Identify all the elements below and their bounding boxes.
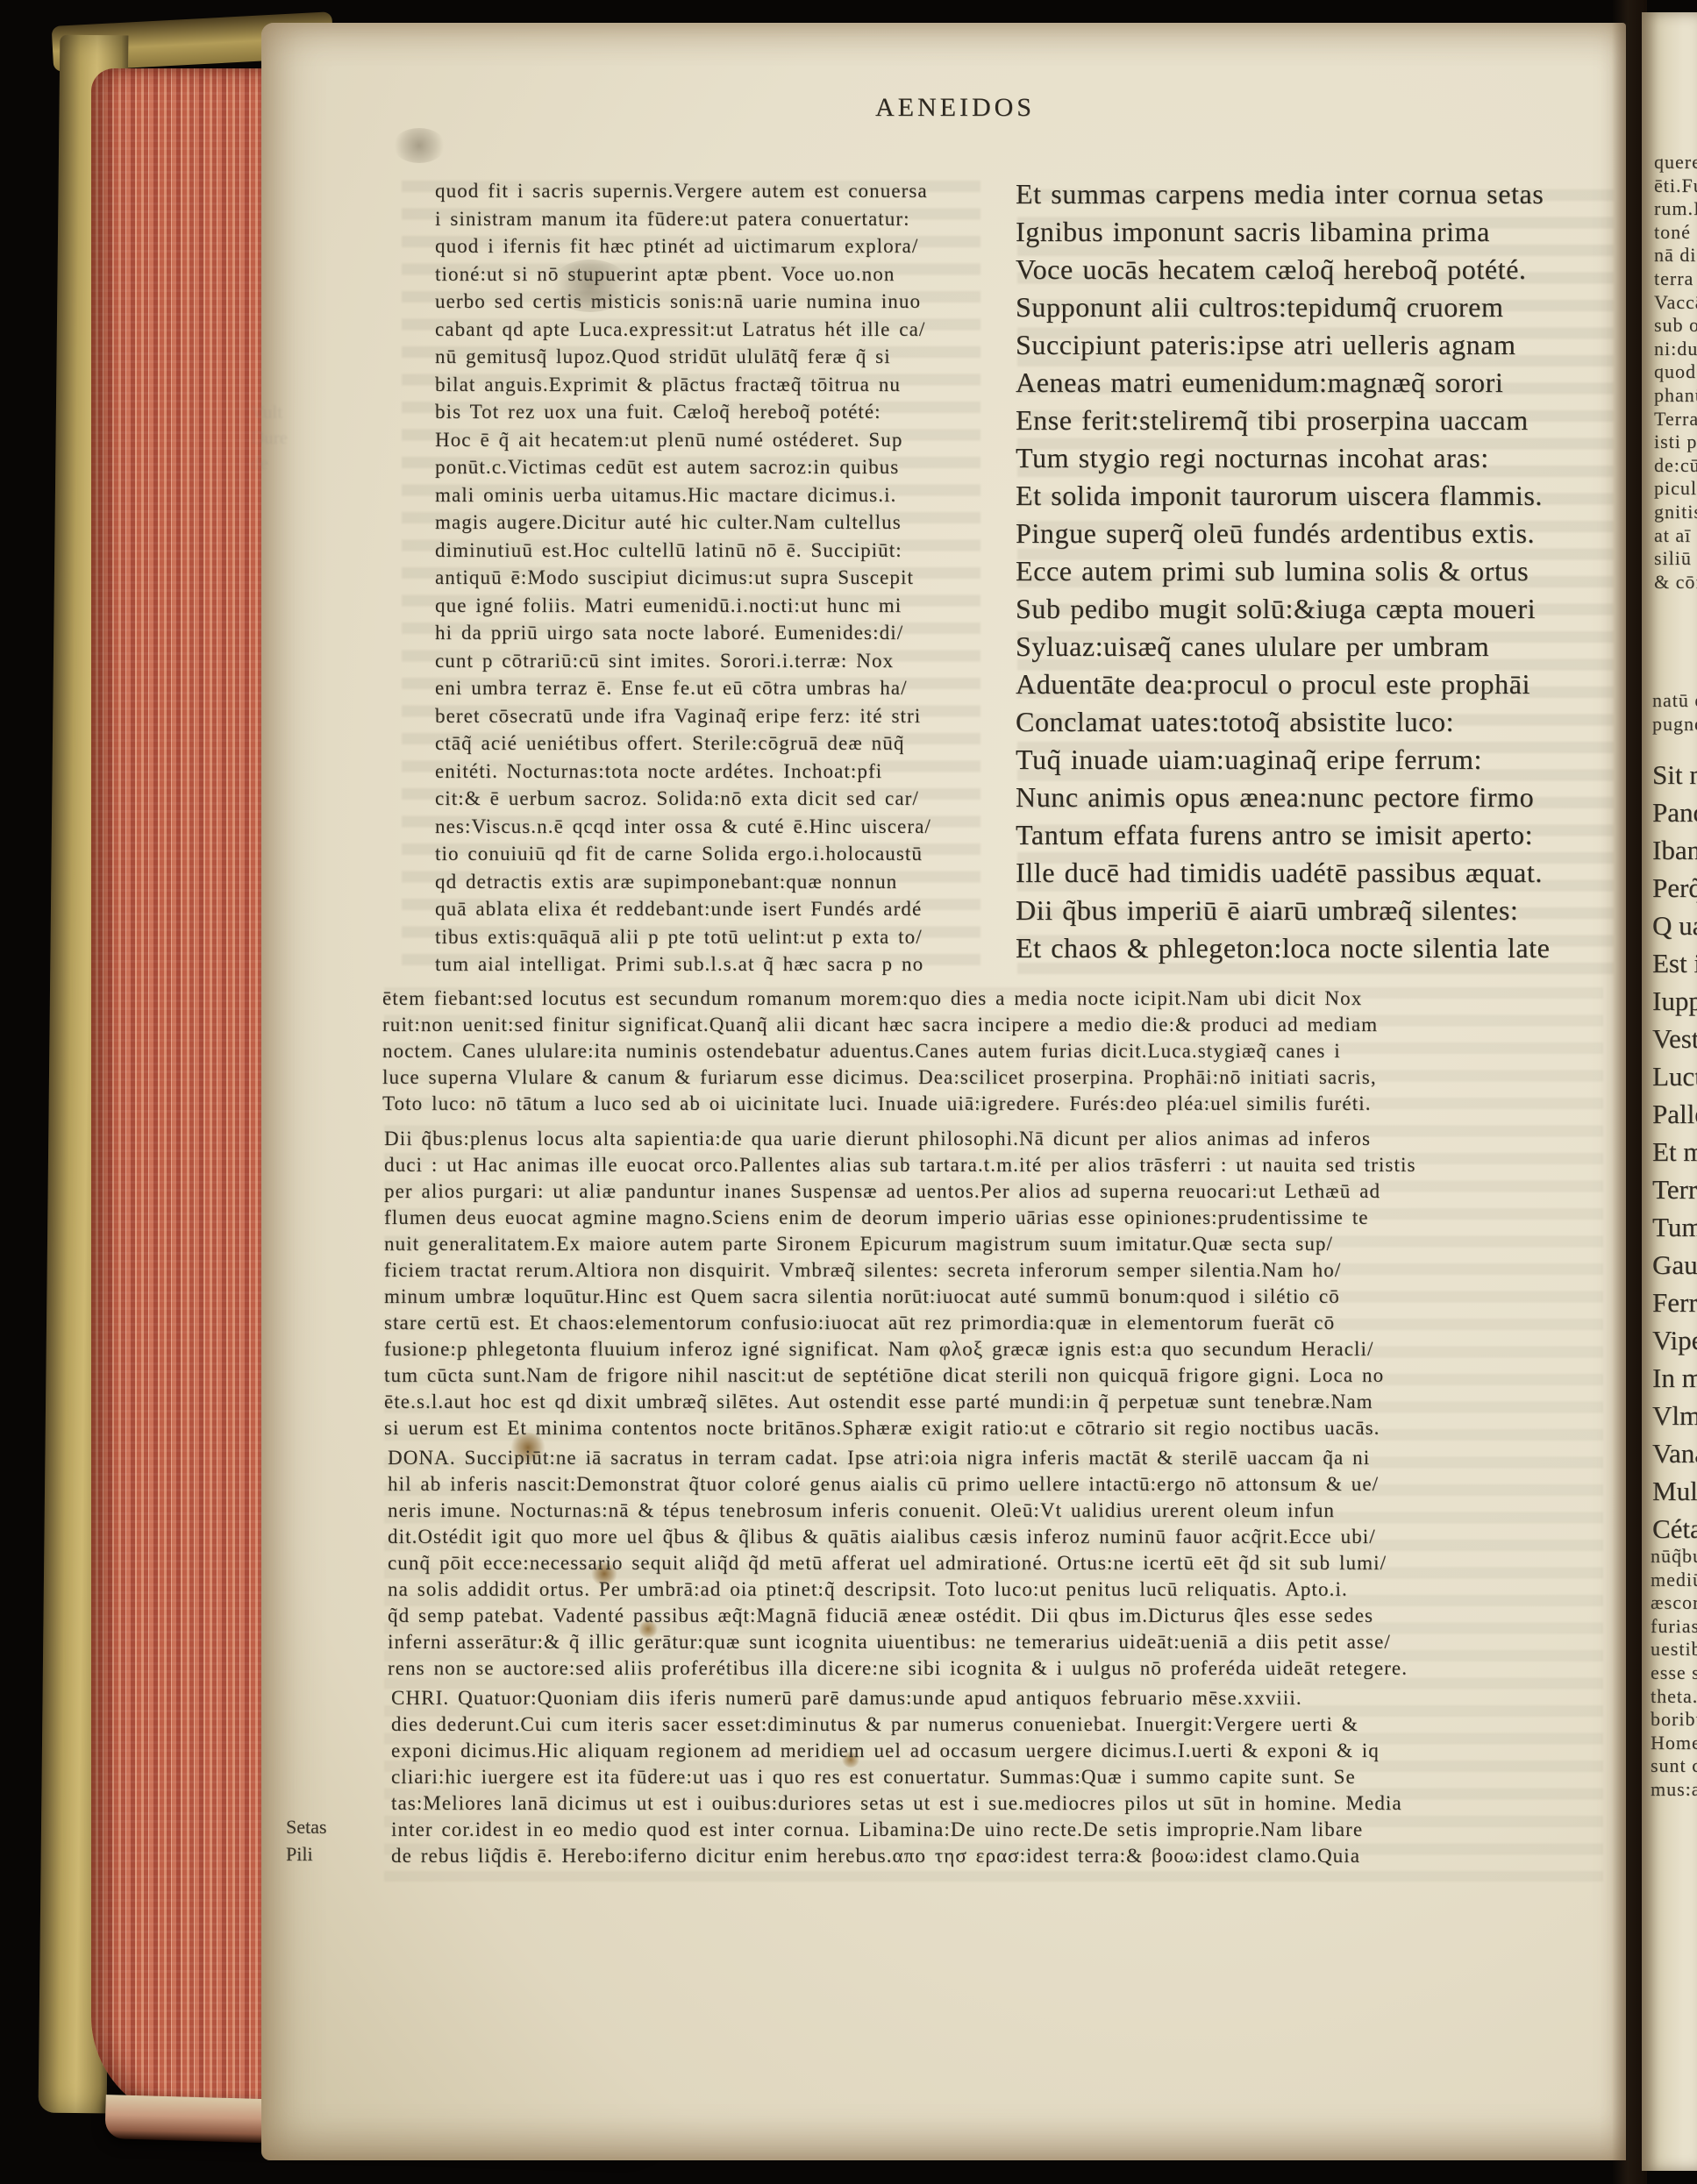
verse-line: Et summas carpens media inter cornua set…: [1016, 175, 1612, 213]
gloss-line: tum cūcta sunt.Nam de frigore nihil nasc…: [384, 1362, 1612, 1389]
next-page-line: furias:alii: [1651, 1615, 1697, 1639]
next-page-line: sub ortu:q: [1654, 314, 1697, 338]
next-page-verse-line: Gaudia: [1652, 1246, 1697, 1284]
next-page-line: uestibulo: [1651, 1638, 1697, 1661]
next-page-line: de:cū auda: [1654, 454, 1697, 478]
commentary-line: qd detractis extis aræ supimponebant:quæ…: [435, 868, 1028, 896]
next-page-verse-line: Terribile: [1652, 1170, 1697, 1208]
gloss-line: noctem. Canes ululare:ita numinis ostend…: [382, 1038, 1610, 1064]
verse-line: Dii q̃bus imperiū ē aiarū umbræq̃ silent…: [1016, 892, 1612, 929]
next-page-commentary-top: querelis ōēti.Furiæ.rum.Illi.ntoné dixer…: [1654, 151, 1697, 594]
next-page-line: isti procul: [1654, 430, 1697, 454]
gloss-line: flumen deus euocat agmine magno.Sciens e…: [384, 1205, 1612, 1231]
next-page-verse-line: Multaq̃: [1652, 1472, 1697, 1510]
verse-line: Sub pedibo mugit solū:&iuga cæpta moueri: [1016, 590, 1612, 628]
verse-line: Tum stygio regi nocturnas incohat aras:: [1016, 439, 1612, 477]
commentary-line: tio conuiuiū qd fit de carne Solida ergo…: [435, 840, 1028, 868]
next-page-line: piculo:& e: [1654, 477, 1697, 501]
commentary-line: quod fit i sacris supernis.Vergere autem…: [435, 177, 1028, 205]
gloss-line: cunq̃ pōit ecce:necessario sequit aliq̃d…: [388, 1550, 1615, 1576]
gloss-line: ētem fiebant:sed locutus est secundum ro…: [382, 985, 1610, 1012]
gloss-line: de rebus liq̃dis ē. Herebo:iferno dicitu…: [391, 1843, 1619, 1869]
commentary-line: quod i ifernis fit hæc ptinét ad uictima…: [435, 232, 1028, 260]
next-page-line: nūq̃bus: [1651, 1545, 1697, 1569]
gloss-line: inter cor.idest in eo medio quod est int…: [391, 1817, 1619, 1843]
verse-line: Ense ferit:steliremq̃ tibi proserpina ua…: [1016, 402, 1612, 439]
next-page-line: boribus q: [1651, 1708, 1697, 1732]
gloss-line: inferni asserātur:& q̃ illic gerātur:quæ…: [388, 1629, 1615, 1655]
next-page-line: toné dixer: [1654, 221, 1697, 245]
margin-ghost-line: de: [251, 451, 288, 476]
next-page-verse-line: Sit mihi: [1652, 756, 1697, 793]
commentary-line: beret cōsecratū unde ifra Vaginaq̃ eripe…: [435, 702, 1028, 730]
gloss-line: cliari:hic iuergere est ita fūdere:ut ua…: [391, 1764, 1619, 1790]
gloss-line: dies dederunt.Cui cum iteris sacer esset…: [391, 1711, 1619, 1738]
commentary-line: antiquū ē:Modo suscipiut dicimus:ut supr…: [435, 564, 1028, 592]
commentary-line: que igné foliis. Matri eumenidū.i.nocti:…: [435, 592, 1028, 620]
next-page-verse-line: Et metus: [1652, 1133, 1697, 1170]
next-page-verse-line: Cétauri: [1652, 1510, 1697, 1547]
verse-column: Et summas carpens media inter cornua set…: [1016, 175, 1612, 967]
commentary-line: tum aial intelligat. Primi sub.l.s.at q̃…: [435, 950, 1028, 978]
gloss-line: DONA. Succipiūt:ne iā sacratus in terram…: [388, 1445, 1615, 1471]
next-page-verse-line: Vipereu: [1652, 1321, 1697, 1359]
commentary-line: magis augere.Dicitur auté hic culter.Nam…: [435, 509, 1028, 537]
commentary-line: quā ablata elixa ét reddebant:unde isert…: [435, 895, 1028, 923]
next-page-line: quod denr: [1654, 360, 1697, 384]
verse-line: Et solida imponit taurorum uiscera flamm…: [1016, 477, 1612, 515]
commentary-line: ponūt.c.Victimas cedūt est autem sacroz:…: [435, 453, 1028, 481]
next-page-verse-line: Vana u: [1652, 1434, 1697, 1472]
gloss-line: hil ab inferis nascit:Demonstrat q̃tuor …: [388, 1471, 1615, 1497]
verse-line: Syluaz:uisæq̃ canes ululare per umbram: [1016, 628, 1612, 665]
commentary-line: eni umbra terraz ē. Ense fe.ut eū cōtra …: [435, 674, 1028, 702]
gloss-line: minum umbræ loquūtur.Hinc est Quem sacra…: [384, 1284, 1612, 1310]
commentary-line: cit:& ē uerbum sacroz. Solida:nō exta di…: [435, 785, 1028, 813]
gloss-line: tas:Meliores lanā dicimus ut est i ouibu…: [391, 1790, 1619, 1817]
next-page-line: terra latér: [1654, 267, 1697, 291]
commentary-line: Hoc ē q̃ ait hecatem:ut plenū numé ostéd…: [435, 426, 1028, 454]
next-page-verse-line: Iuppite.: [1652, 982, 1697, 1020]
verse-line: Pingue superq̃ oleū fundés ardentibus ex…: [1016, 515, 1612, 552]
verse-line: Conclamat uates:totoq̃ absistite luco:: [1016, 703, 1612, 741]
next-page-line: theta. V: [1651, 1685, 1697, 1709]
gloss-line: ruit:non uenit:sed finitur significat.Qu…: [382, 1012, 1610, 1038]
next-page-line: Terra tene: [1654, 408, 1697, 431]
next-page-line: æscoribus: [1651, 1591, 1697, 1615]
gloss-line: nuit generalitatem.Ex maiore autem parte…: [384, 1231, 1612, 1257]
gloss-paragraph-4: CHRI. Quatuor:Quoniam diis iferis numerū…: [391, 1685, 1619, 1869]
next-page-verse-line: Vestibu: [1652, 1020, 1697, 1057]
commentary-line: diminutiuū est.Hoc cultellū latinū nō ē.…: [435, 537, 1028, 565]
next-page-verse-line: Vlmus o: [1652, 1397, 1697, 1434]
next-page-verse-line: Ferreiq̃: [1652, 1284, 1697, 1321]
margin-ghost-line: Dure: [251, 425, 288, 451]
next-page-line: Vaccā:de: [1654, 291, 1697, 315]
gloss-line: per alios purgari: ut aliæ panduntur ina…: [384, 1178, 1612, 1205]
left-page: AENEIDOS VultDurede quod fit i sacris su…: [261, 23, 1626, 2160]
verse-line: Et chaos & phlegeton:loca nocte silentia…: [1016, 929, 1612, 967]
gloss-line: stare certū est. Et chaos:elementorum co…: [384, 1310, 1612, 1336]
next-page-verse-line: Luctus:: [1652, 1057, 1697, 1095]
next-page-verse-line: Est iter i: [1652, 944, 1697, 982]
next-page-line: mus:æst: [1651, 1778, 1697, 1802]
next-page-line: siliū ita seq: [1654, 547, 1697, 571]
verse-line: Tantum effata furens antro se imisit ape…: [1016, 816, 1612, 854]
page-fore-edge-red: [91, 68, 277, 2122]
gloss-line: fusione:p phlegetonta fluuium inferoz ig…: [384, 1336, 1612, 1362]
verse-line: Voce uocās hecatem cæloq̃ hereboq̃ potét…: [1016, 251, 1612, 288]
next-page-verse-line: Tum cō: [1652, 1208, 1697, 1246]
gloss-paragraph-1: ētem fiebant:sed locutus est secundum ro…: [382, 985, 1610, 1117]
commentary-line: i sinistram manum ita fūdere:ut patera c…: [435, 205, 1028, 233]
gloss-line: exponi dicimus.Hic aliquam regionem ad m…: [391, 1738, 1619, 1764]
next-page-verse-line: Q uale: [1652, 907, 1697, 944]
commentary-column: quod fit i sacris supernis.Vergere autem…: [435, 177, 1028, 978]
gloss-line: ficiem tractat rerum.Altiora non disquir…: [384, 1257, 1612, 1284]
gloss-line: q̃d semp patebat. Vadenté passibus æq̃t:…: [388, 1603, 1615, 1629]
commentary-line: hi da ppriū uirgo sata nocte laboré. Eum…: [435, 619, 1028, 647]
next-page-verse: Sit mihiPandereIbant obPerq̃ doQ ualeEst…: [1652, 756, 1697, 1547]
commentary-line: nū gemitusq̃ lupoz.Quod stridūt ululātq̃…: [435, 343, 1028, 371]
gloss-line: luce superna Vlulare & canum & furiarum …: [382, 1064, 1610, 1091]
margin-note-line: Pili: [286, 1840, 326, 1867]
verse-line: Nunc animis opus ænea:nunc pectore firmo: [1016, 779, 1612, 816]
commentary-line: bilat anguis.Exprimit & plāctus fractæq̃…: [435, 371, 1028, 399]
next-page-verse-line: Perq̃ do: [1652, 869, 1697, 907]
gloss-line: Toto luco: nō tātum a luco sed ab oi uic…: [382, 1091, 1610, 1117]
commentary-line: tibus extis:quāquā alii p pte totū uelin…: [435, 923, 1028, 951]
next-page-line: nā dicūt:q: [1654, 244, 1697, 267]
commentary-line: enitéti. Nocturnas:tota nocte ardétes. I…: [435, 758, 1028, 786]
gloss-line: rens non se auctore:sed aliis proferétib…: [388, 1655, 1615, 1682]
verse-line: Ille ducē had timidis uadétē passibus æq…: [1016, 854, 1612, 892]
book-photograph: { "colors":{"page":"#e7e0cb","ink":"#332…: [0, 0, 1697, 2184]
next-page-verse-line: Pandere: [1652, 793, 1697, 831]
next-page-sliver: querelis ōēti.Furiæ.rum.Illi.ntoné dixer…: [1642, 12, 1697, 2171]
verse-line: Ignibus imponunt sacris libamina prima: [1016, 213, 1612, 251]
commentary-line: mali ominis uerba uitamus.Hic mactare di…: [435, 481, 1028, 509]
gloss-paragraph-3: DONA. Succipiūt:ne iā sacratus in terram…: [388, 1445, 1615, 1682]
commentary-line: cabant qd apte Luca.expressit:ut Latratu…: [435, 316, 1028, 344]
smudge: [393, 128, 446, 163]
next-page-line: querelis ō: [1654, 151, 1697, 174]
commentary-line: nes:Viscus.n.ē qcqd inter ossa & cuté ē.…: [435, 813, 1028, 841]
gloss-line: si uerum est Et minima contentos nocte b…: [384, 1415, 1612, 1441]
verse-line: Tuq̃ inuade uiam:uaginaq̃ eripe ferrum:: [1016, 741, 1612, 779]
gloss-line: CHRI. Quatuor:Quoniam diis iferis numerū…: [391, 1685, 1619, 1711]
next-page-verse-line: Pallente: [1652, 1095, 1697, 1133]
gloss-line: dit.Ostédit igit quo more uel q̃bus & q̃…: [388, 1524, 1615, 1550]
gloss-line: Dii q̃bus:plenus locus alta sapientia:de…: [384, 1126, 1612, 1152]
gloss-line: na solis addidit ortus. Per umbrā:ad oia…: [388, 1576, 1615, 1603]
next-page-verse-line: Ibant ob: [1652, 831, 1697, 869]
next-page-line: mediū m: [1651, 1569, 1697, 1592]
commentary-line: ctāq̃ acié ueniétibus offert. Sterile:cō…: [435, 729, 1028, 758]
margin-note-line: Setas: [286, 1813, 326, 1840]
gloss-line: ēte.s.l.aut hoc est qd dixit umbræq̃ sil…: [384, 1389, 1612, 1415]
gloss-line: neris imune. Nocturnas:nā & tépus tenebr…: [388, 1497, 1615, 1524]
verse-line: Aduentāte dea:procul o procul este proph…: [1016, 665, 1612, 703]
next-page-line: esse simul: [1651, 1661, 1697, 1685]
next-page-line: & cōfusa m: [1654, 571, 1697, 594]
verse-line: Succipiunt pateris:ipse atri uelleris ag…: [1016, 326, 1612, 364]
next-page-line: at aī pstātiā: [1654, 524, 1697, 548]
commentary-line: tioné:ut si nō stupuerint aptæ pbent. Vo…: [435, 260, 1028, 288]
margin-ghost-line: Vult: [251, 400, 288, 425]
next-page-verse-line: In medio: [1652, 1359, 1697, 1397]
next-page-line: gnitis uitii: [1654, 501, 1697, 524]
next-page-line: Home,x: [1651, 1732, 1697, 1755]
gloss-paragraph-2: Dii q̃bus:plenus locus alta sapientia:de…: [384, 1126, 1612, 1441]
commentary-line: uerbo sed certis misticis sonis:nā uarie…: [435, 288, 1028, 316]
next-page-commentary-bottom: nūq̃busmediū mæscoribusfurias:aliiuestib…: [1651, 1545, 1697, 1802]
verse-line: Ecce autem primi sub lumina solis & ortu…: [1016, 552, 1612, 590]
margin-note-setas: SetasPili: [286, 1813, 326, 1867]
gloss-line: duci : ut Hac animas ille euocat orco.Pa…: [384, 1152, 1612, 1178]
running-head: AENEIDOS: [875, 93, 1035, 123]
next-page-line: pugnent.E: [1652, 713, 1697, 736]
verse-line: Supponunt alii cultros:tepidumq̃ cruorem: [1016, 288, 1612, 326]
verse-line: Aeneas matri eumenidum:magnæq̃ sorori: [1016, 364, 1612, 402]
next-page-line: sunt creat: [1651, 1754, 1697, 1778]
next-page-line: ēti.Furiæ.: [1654, 174, 1697, 198]
commentary-line: bis Tot rez uox una fuit. Cæloq̃ hereboq…: [435, 398, 1028, 426]
next-page-commentary-mid: natū eē litipugnent.E: [1652, 689, 1697, 736]
next-page-line: ni:duplicē: [1654, 338, 1697, 361]
next-page-line: natū eē liti: [1652, 689, 1697, 713]
next-page-line: phanū:qu: [1654, 384, 1697, 408]
margin-ghost-note: VultDurede: [251, 400, 288, 476]
commentary-line: cunt p cōtrariū:cū sint imites. Sorori.i…: [435, 647, 1028, 675]
next-page-line: rum.Illi.n: [1654, 197, 1697, 221]
